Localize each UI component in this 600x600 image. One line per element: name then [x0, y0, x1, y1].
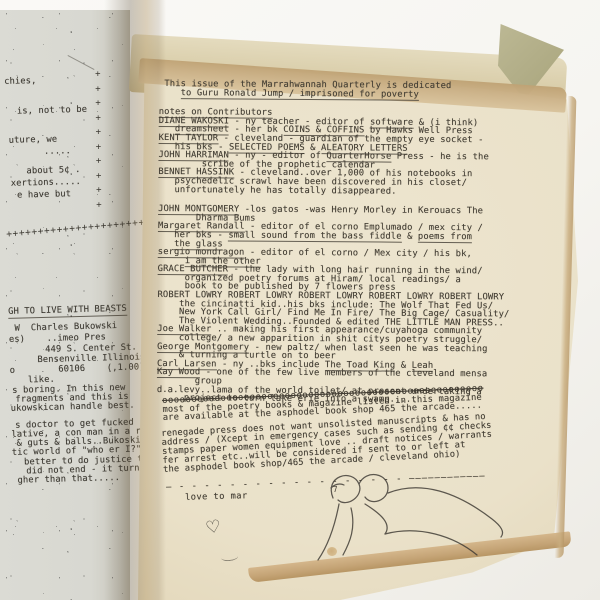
left-page-fragment: is, not to be [17, 106, 87, 117]
margin-sketch-doodle [295, 462, 525, 580]
left-page-fragment: about 5¢ . [26, 166, 80, 176]
left-page-fragment: ..... [44, 147, 71, 157]
signoff-text: love to mar [185, 491, 248, 503]
left-page-fragment: xertions..... [11, 178, 81, 189]
left-page-fragment: GH TO LIVE WITH BEASTS [8, 305, 127, 319]
left-page-fragment: e have but [17, 190, 71, 200]
contributors-block: This issue of the Marrahwannah Quarterly… [157, 80, 511, 405]
left-page-fragment: uture, we [9, 136, 58, 146]
left-page-fragment: gher than that..... [17, 474, 120, 486]
plus-marks-row: ++++++++++++++++++++++ [6, 218, 145, 239]
typed-line: to Guru Ronald Jump / imprisoned for pov… [159, 89, 511, 100]
left-page-fragment: o 60106 (,1.00) [10, 363, 145, 376]
left-page-text: ++++++++++ ++++++++++++++++++++++ chies,… [0, 0, 146, 600]
left-page-fragment: ukowskican handle best. [11, 402, 135, 414]
plus-marks-column: ++++++++++ [95, 67, 108, 212]
left-page-fragment: chies, [4, 77, 37, 87]
